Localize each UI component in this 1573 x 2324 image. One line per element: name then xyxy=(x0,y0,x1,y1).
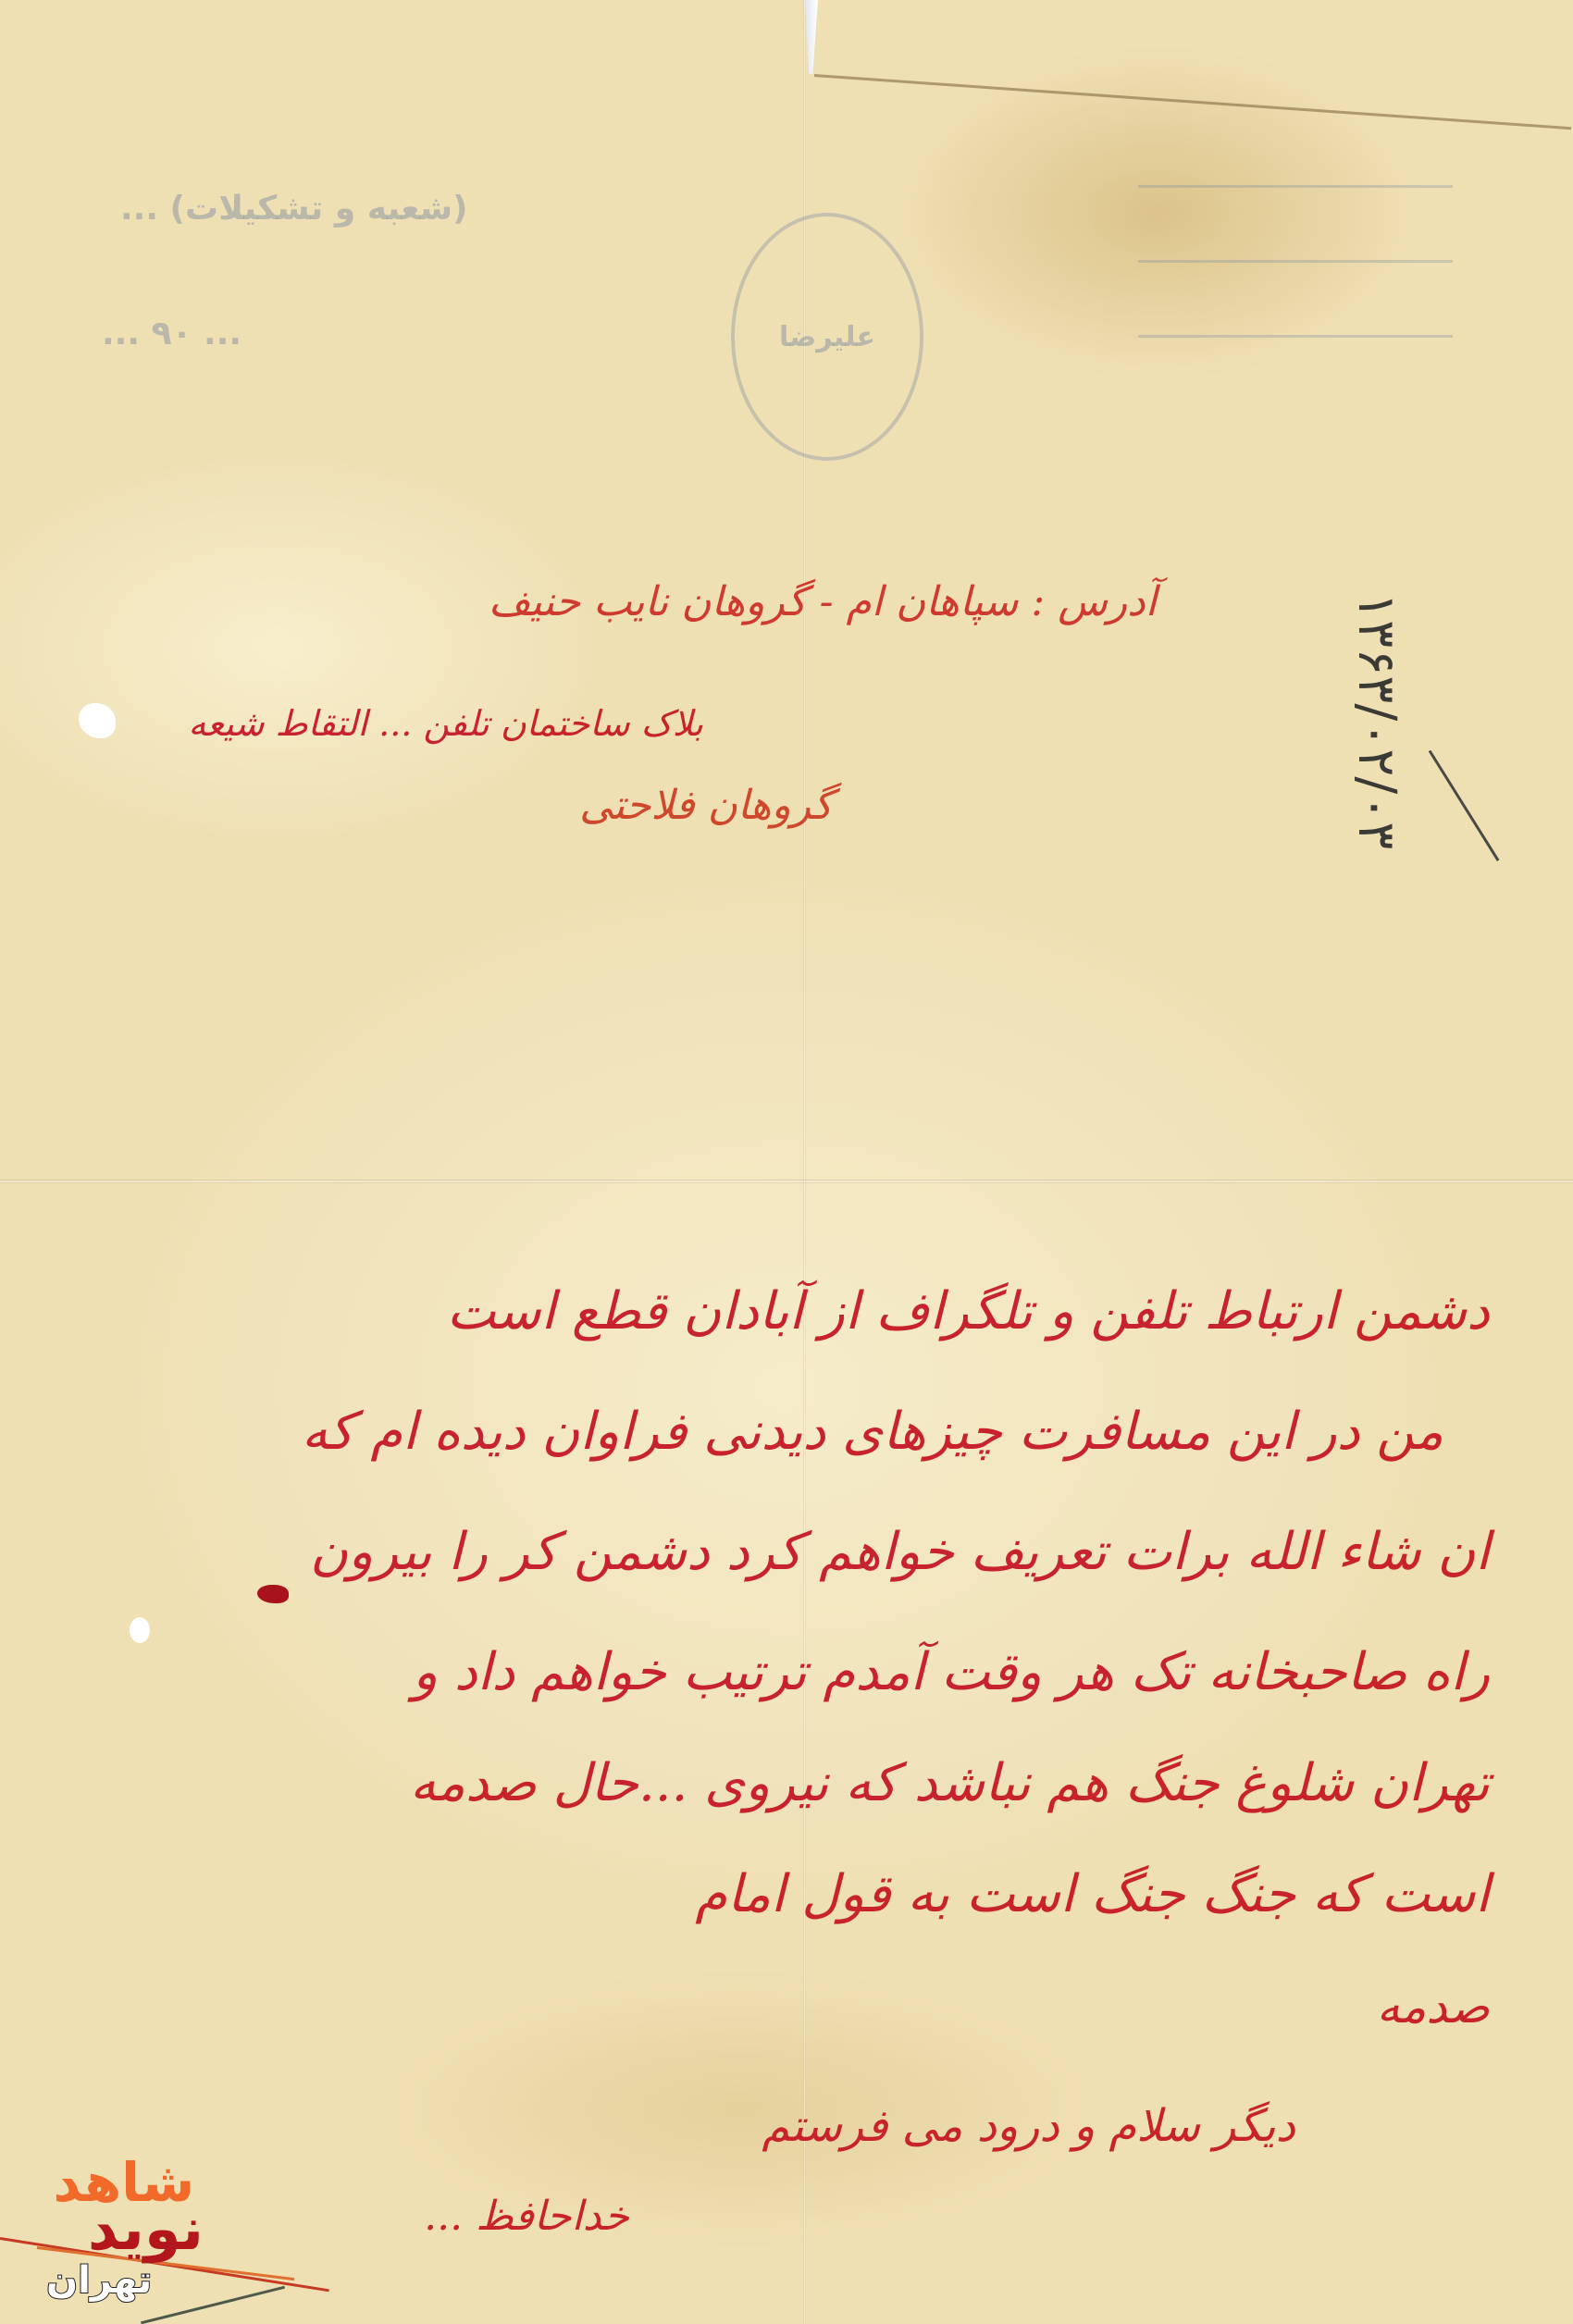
closing-line: دیگر سلام و درود می فرستم xyxy=(762,2100,1295,2152)
top-crease xyxy=(814,74,1571,130)
logo-city: تهران xyxy=(46,2262,152,2299)
scanned-letter: (شعبه و تشکیلات) ... ... ۹۰ ... علیرضا ۱… xyxy=(0,0,1573,2324)
signature-line: خداحافظ ... xyxy=(424,2193,629,2240)
body-line: تهران شلوغ جنگ هم نباشد که نیروی ...حال … xyxy=(410,1753,1490,1813)
body-line: است که جنگ جنگ است به قول امام xyxy=(695,1864,1490,1924)
address-line-3: بلاک ساختمان تلفن ... التقاط شیعه xyxy=(188,703,703,744)
letterhead-fields xyxy=(1138,148,1453,389)
body-line: صدمه xyxy=(1377,1980,1490,2033)
letterhead-line-1: (شعبه و تشکیلات) ... xyxy=(120,190,467,228)
paper-hole xyxy=(79,703,116,738)
pencil-mark xyxy=(1429,750,1500,861)
body-line: دشمن ارتباط تلفن و تلگراف از آبادان قطع … xyxy=(447,1281,1490,1341)
letterhead-field xyxy=(1138,223,1453,263)
ink-blot xyxy=(257,1585,289,1603)
top-tear xyxy=(805,0,818,74)
logo-word-middle: نوید xyxy=(88,2200,204,2259)
stamp-text: علیرضا xyxy=(779,321,875,353)
watermark-logo: شاهد نوید تهران xyxy=(46,2156,231,2313)
letterhead-field xyxy=(1138,298,1453,338)
faded-stamp: علیرضا xyxy=(731,213,923,461)
body-line: راه صاحبخانه تک هر وقت آمدم ترتیب خواهم … xyxy=(413,1642,1490,1702)
body-line: ان شاء الله برات تعریف خواهم کرد دشمن کر… xyxy=(310,1522,1490,1582)
horizontal-fold xyxy=(0,1180,1573,1183)
letterhead-field xyxy=(1138,148,1453,188)
paper-hole xyxy=(130,1617,150,1643)
address-line-2: گروهان فلاحتی xyxy=(579,782,833,829)
body-line: من در این مسافرت چیزهای دیدنی فراوان دید… xyxy=(302,1402,1443,1462)
margin-date: ۱۳۶۳/۰۲/۰۳ xyxy=(1346,592,1406,849)
address-line-1: آدرس : سپاهان ام - گروهان نایب حنیف xyxy=(489,578,1157,625)
letterhead-line-2: ... ۹۰ ... xyxy=(102,315,242,352)
